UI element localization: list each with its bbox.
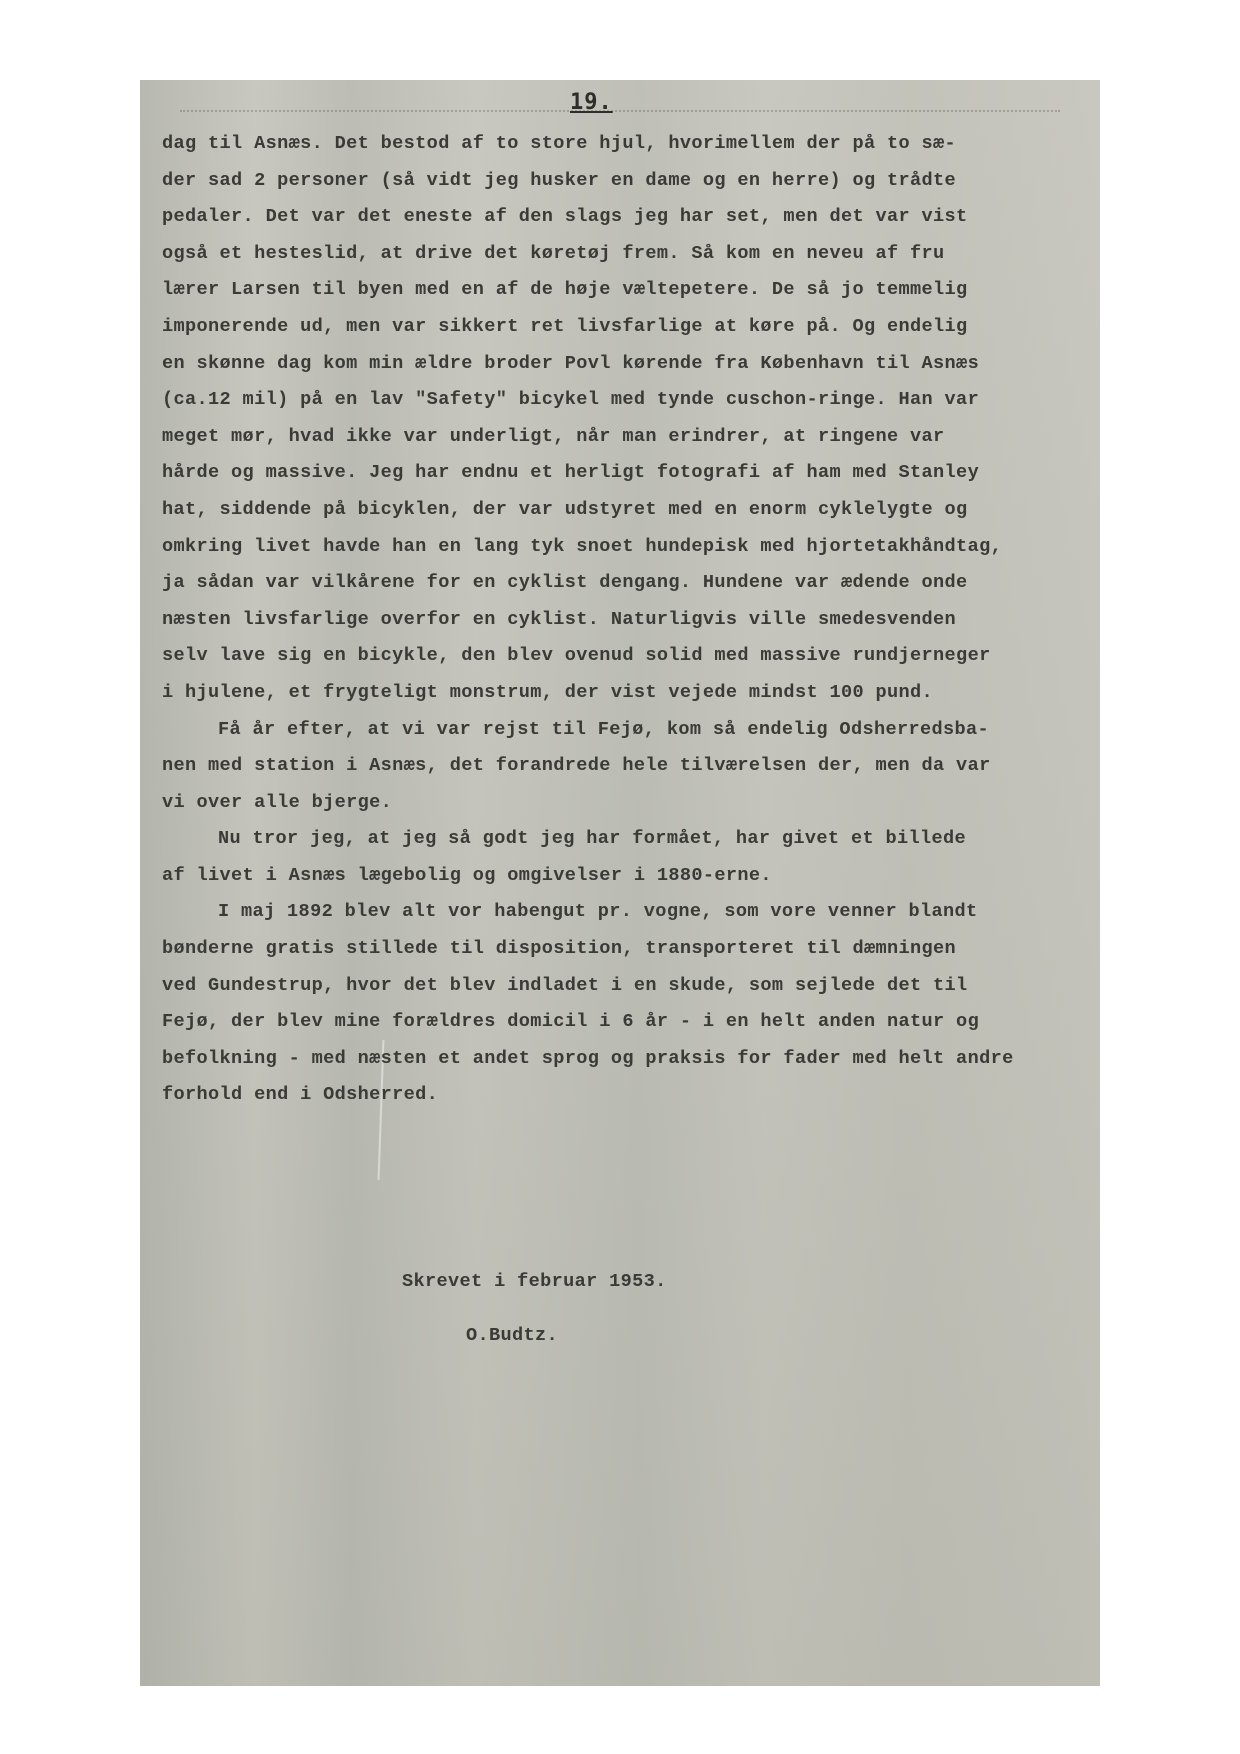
text-line: af livet i Asnæs lægebolig og omgivelser…: [162, 858, 1102, 895]
author-signature: O.Budtz.: [466, 1325, 558, 1346]
text-line: I maj 1892 blev alt vor habengut pr. vog…: [162, 894, 1102, 931]
text-line: bønderne gratis stillede til disposition…: [162, 931, 1102, 968]
body-text: dag til Asnæs. Det bestod af to store hj…: [162, 126, 1102, 1114]
text-line: ja sådan var vilkårene for en cyklist de…: [162, 565, 1102, 602]
text-line: omkring livet havde han en lang tyk snoe…: [162, 529, 1102, 566]
text-line: imponerende ud, men var sikkert ret livs…: [162, 309, 1102, 346]
text-line: der sad 2 personer (så vidt jeg husker e…: [162, 163, 1102, 200]
text-line: meget mør, hvad ikke var underligt, når …: [162, 419, 1102, 456]
page-number: 19.: [570, 90, 613, 115]
text-line: (ca.12 mil) på en lav "Safety" bicykel m…: [162, 382, 1102, 419]
text-line: Nu tror jeg, at jeg så godt jeg har form…: [162, 821, 1102, 858]
text-line: Få år efter, at vi var rejst til Fejø, k…: [162, 712, 1102, 749]
text-line: Fejø, der blev mine forældres domicil i …: [162, 1004, 1102, 1041]
text-line: forhold end i Odsherred.: [162, 1077, 1102, 1114]
text-line: lærer Larsen til byen med en af de høje …: [162, 272, 1102, 309]
text-line: en skønne dag kom min ældre broder Povl …: [162, 346, 1102, 383]
text-line: også et hesteslid, at drive det køretøj …: [162, 236, 1102, 273]
text-line: vi over alle bjerge.: [162, 785, 1102, 822]
text-line: selv lave sig en bicykle, den blev ovenu…: [162, 638, 1102, 675]
typewritten-page: 19. dag til Asnæs. Det bestod af to stor…: [140, 80, 1100, 1686]
text-line: befolkning - med næsten et andet sprog o…: [162, 1041, 1102, 1078]
header-dotted-rule: [180, 110, 1060, 114]
text-line: dag til Asnæs. Det bestod af to store hj…: [162, 126, 1102, 163]
closing-date: Skrevet i februar 1953.: [402, 1271, 667, 1292]
text-line: hårde og massive. Jeg har endnu et herli…: [162, 455, 1102, 492]
text-line: næsten livsfarlige overfor en cyklist. N…: [162, 602, 1102, 639]
text-line: i hjulene, et frygteligt monstrum, der v…: [162, 675, 1102, 712]
text-line: nen med station i Asnæs, det forandrede …: [162, 748, 1102, 785]
text-line: hat, siddende på bicyklen, der var udsty…: [162, 492, 1102, 529]
text-line: pedaler. Det var det eneste af den slags…: [162, 199, 1102, 236]
text-line: ved Gundestrup, hvor det blev indladet i…: [162, 968, 1102, 1005]
